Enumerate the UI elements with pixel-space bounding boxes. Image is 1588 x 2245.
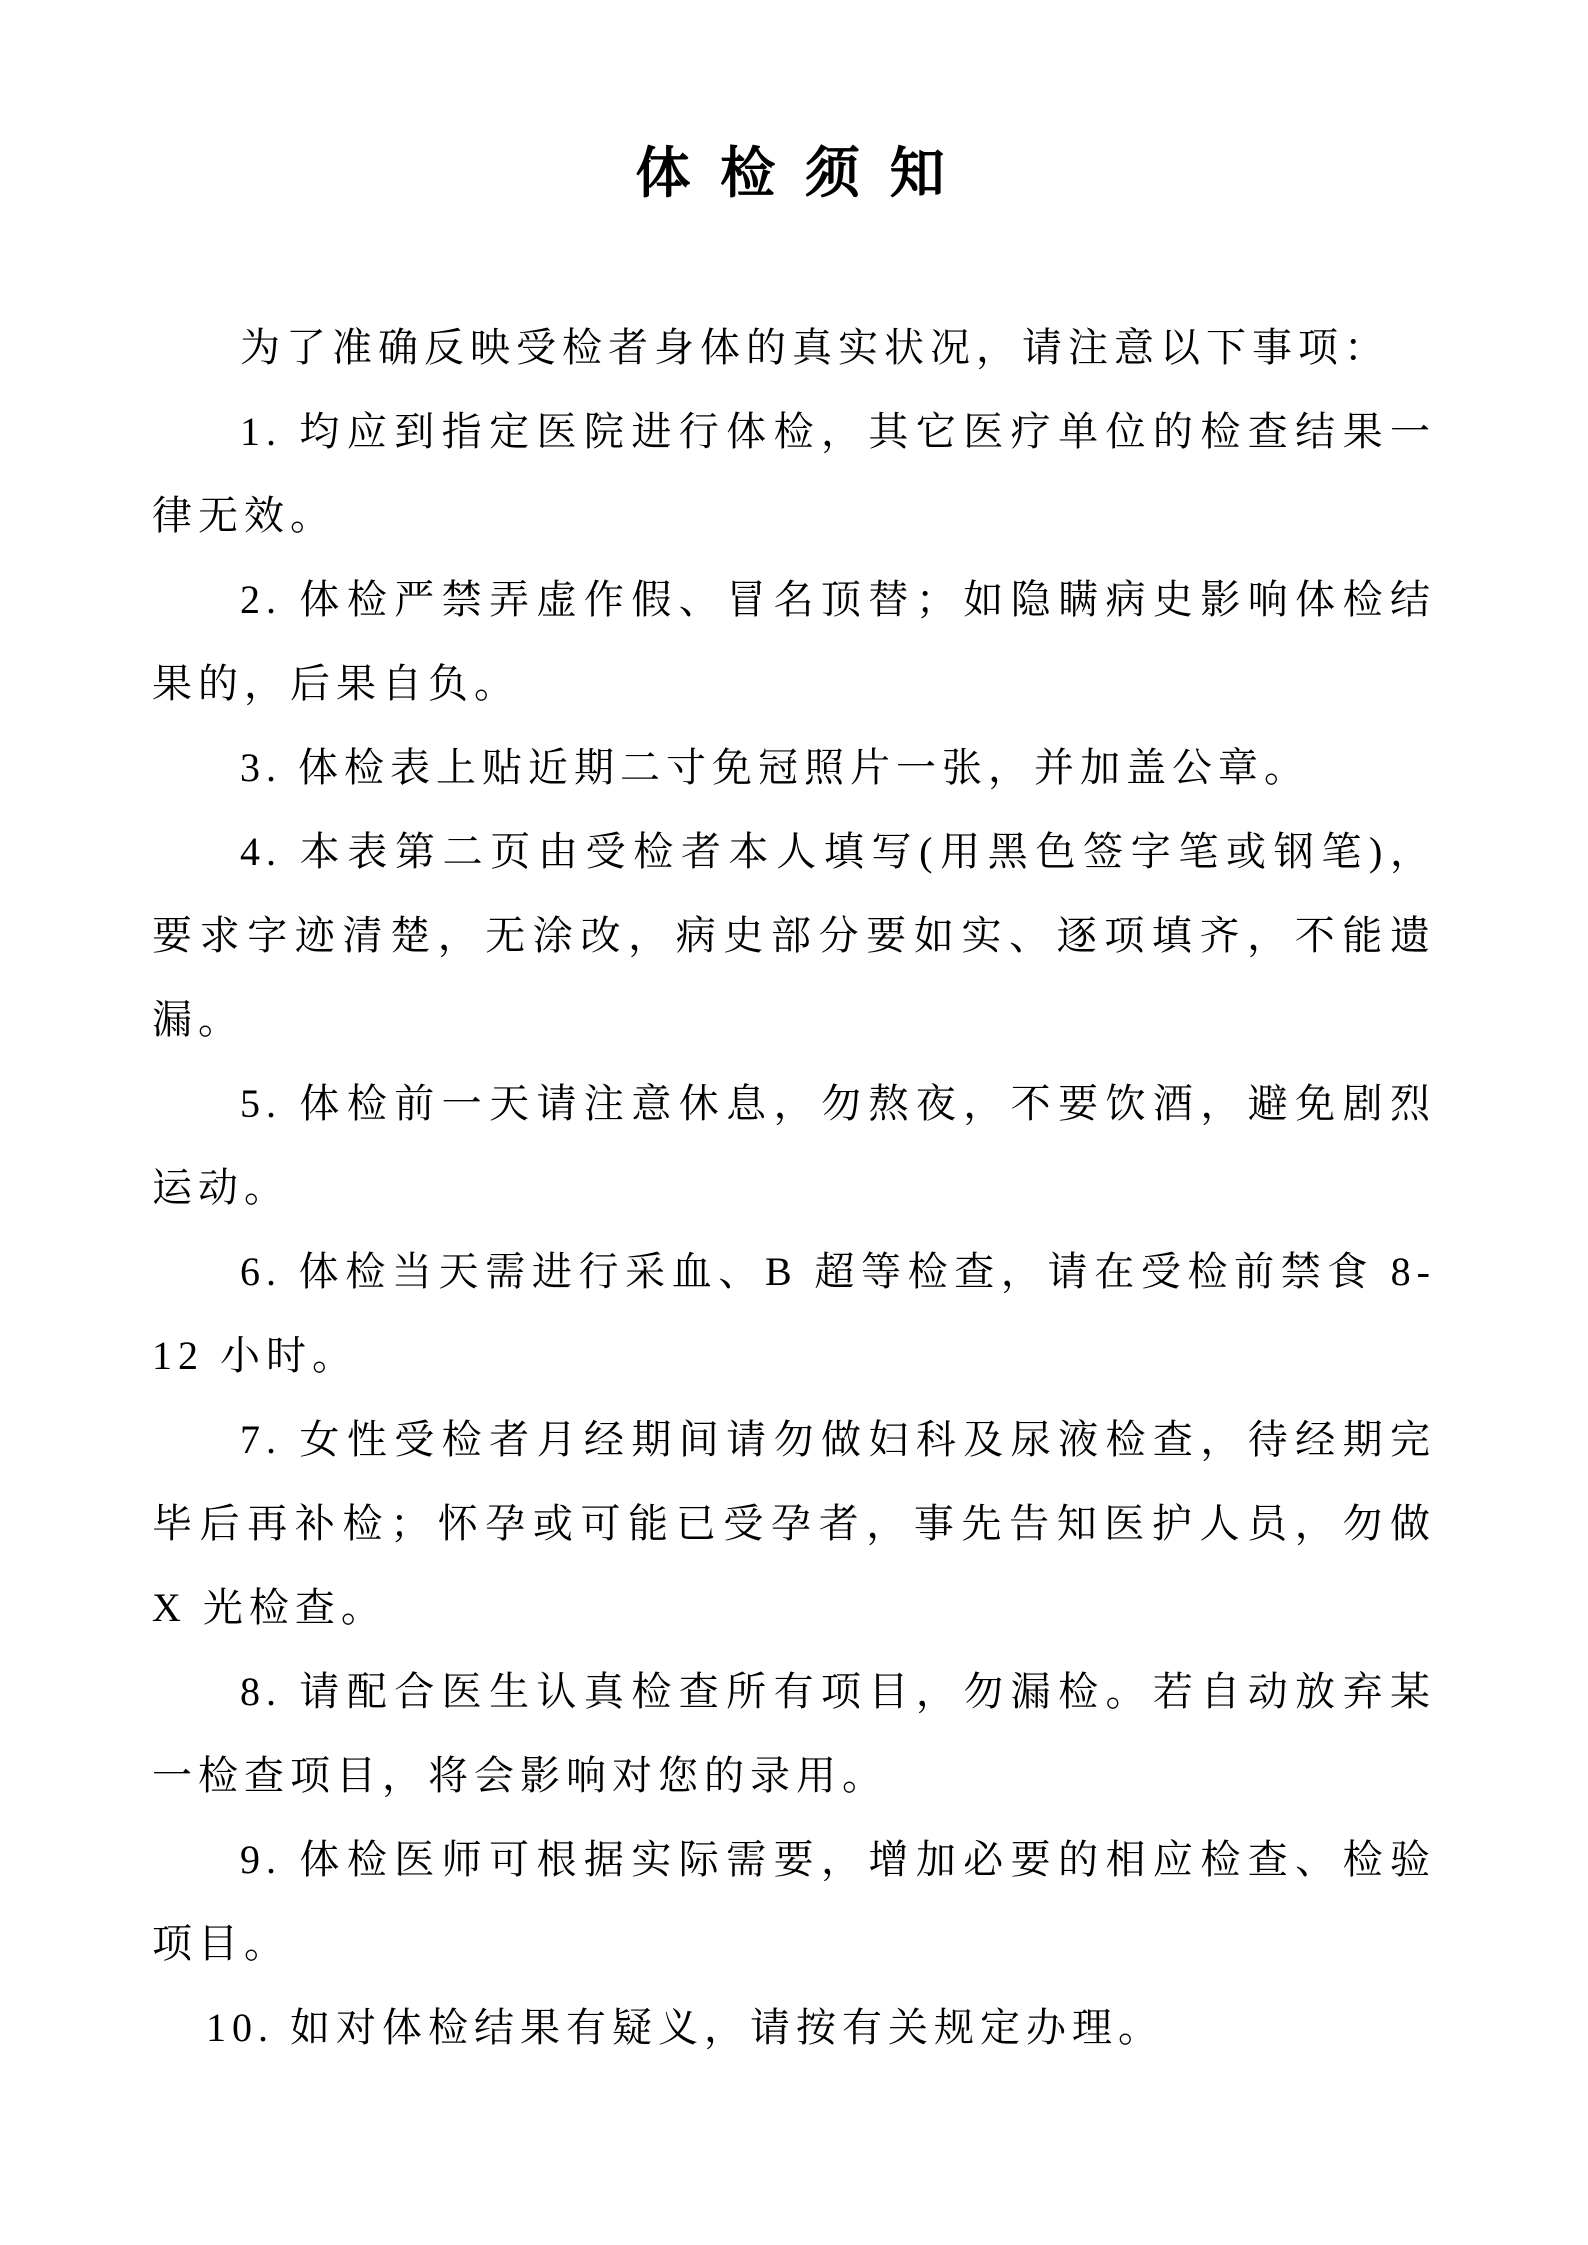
notice-item-10: 10. 如对体检结果有疑义，请按有关规定办理。 bbox=[152, 1986, 1436, 2070]
notice-item-6: 6. 体检当天需进行采血、B 超等检查，请在受检前禁食 8-12 小时。 bbox=[152, 1230, 1436, 1398]
notice-item-3: 3. 体检表上贴近期二寸免冠照片一张，并加盖公章。 bbox=[152, 726, 1436, 810]
notice-item-5: 5. 体检前一天请注意休息，勿熬夜，不要饮酒，避免剧烈运动。 bbox=[152, 1062, 1436, 1230]
document-page: 体 检 须 知 为了准确反映受检者身体的真实状况，请注意以下事项： 1. 均应到… bbox=[0, 0, 1588, 2245]
notice-item-7: 7. 女性受检者月经期间请勿做妇科及尿液检查，待经期完毕后再补检；怀孕或可能已受… bbox=[152, 1398, 1436, 1650]
notice-item-4: 4. 本表第二页由受检者本人填写(用黑色签字笔或钢笔)，要求字迹清楚，无涂改，病… bbox=[152, 810, 1436, 1062]
notice-content: 体 检 须 知 为了准确反映受检者身体的真实状况，请注意以下事项： 1. 均应到… bbox=[0, 0, 1588, 2070]
notice-intro: 为了准确反映受检者身体的真实状况，请注意以下事项： bbox=[152, 306, 1436, 390]
notice-item-9: 9. 体检医师可根据实际需要，增加必要的相应检查、检验项目。 bbox=[152, 1818, 1436, 1986]
notice-item-2: 2. 体检严禁弄虚作假、冒名顶替；如隐瞒病史影响体检结果的，后果自负。 bbox=[152, 558, 1436, 726]
notice-item-1: 1. 均应到指定医院进行体检，其它医疗单位的检查结果一律无效。 bbox=[152, 390, 1436, 558]
notice-item-8: 8. 请配合医生认真检查所有项目，勿漏检。若自动放弃某一检查项目，将会影响对您的… bbox=[152, 1650, 1436, 1818]
document-title: 体 检 须 知 bbox=[152, 138, 1436, 210]
